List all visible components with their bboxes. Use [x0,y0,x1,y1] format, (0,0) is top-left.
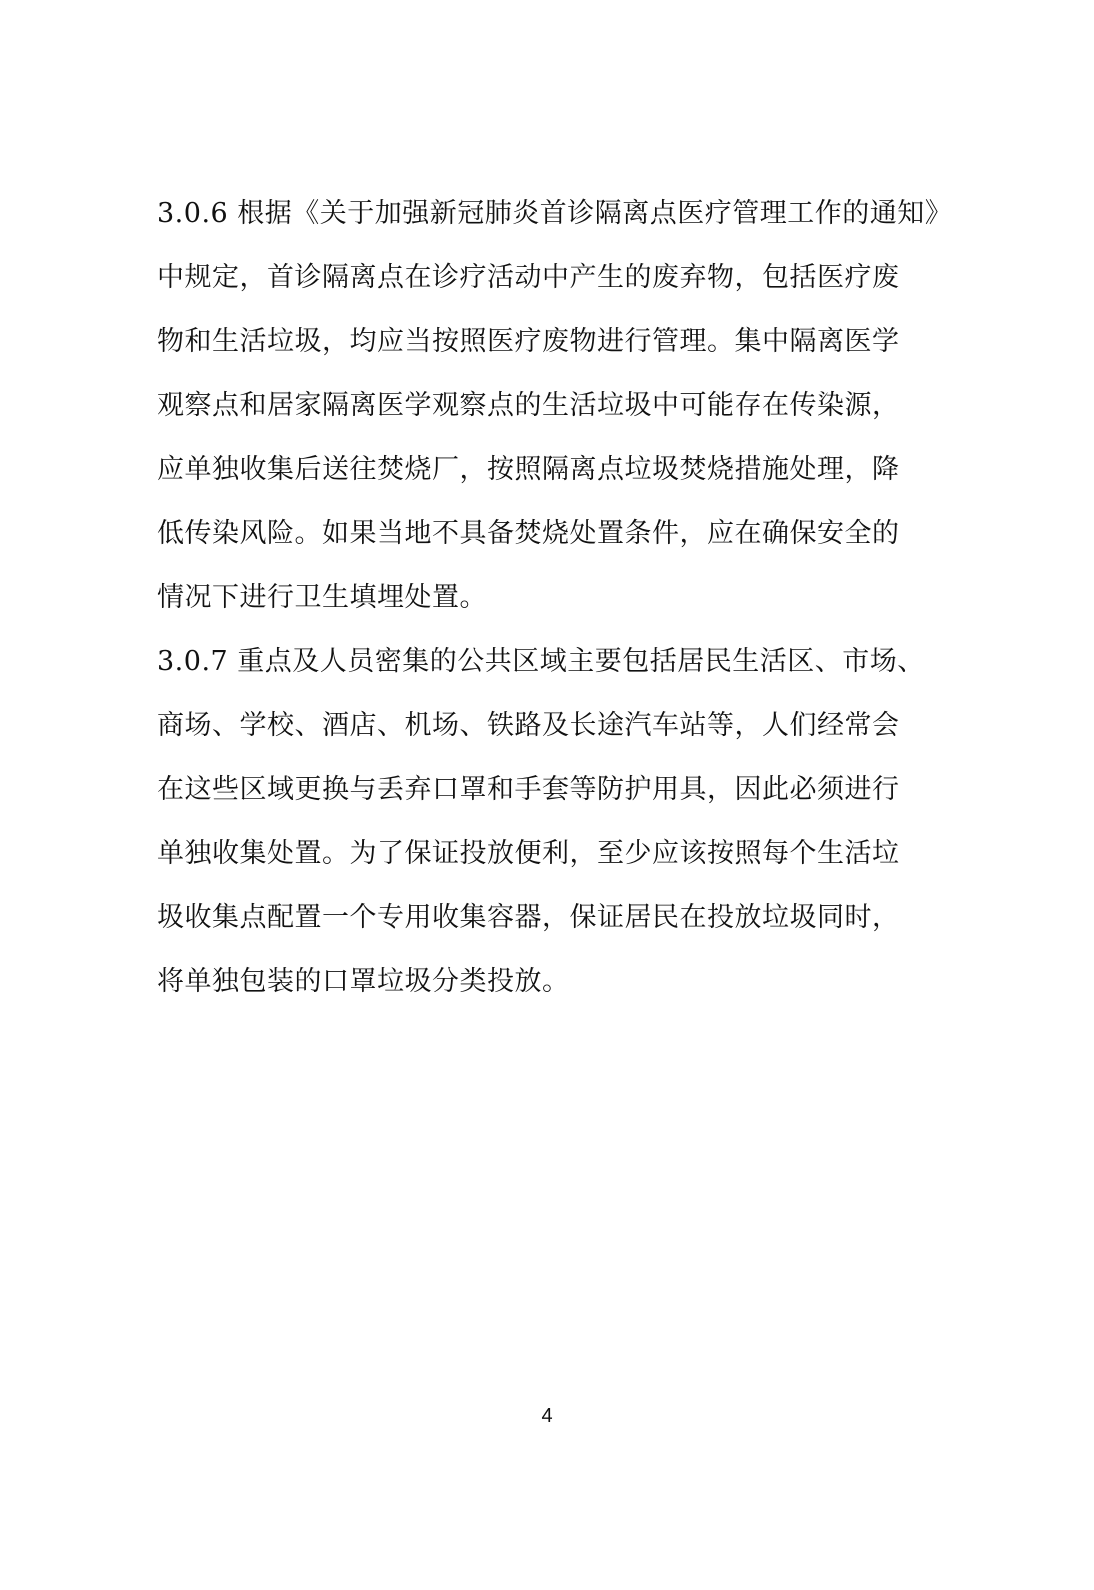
paragraph-line: 中规定，首诊隔离点在诊疗活动中产生的废弃物，包括医疗废 [157,260,957,296]
paragraph-line: 圾收集点配置一个专用收集容器，保证居民在投放垃圾同时， [157,900,957,936]
paragraph-line: 单独收集处置。为了保证投放便利，至少应该按照每个生活垃 [157,836,957,872]
paragraph-line: 观察点和居家隔离医学观察点的生活垃圾中可能存在传染源， [157,388,957,424]
paragraph-line: 将单独包装的口罩垃圾分类投放。 [157,964,957,1000]
paragraph-line: 商场、学校、酒店、机场、铁路及长途汽车站等，人们经常会 [157,708,957,744]
paragraph-line: 3.0.7 重点及人员密集的公共区域主要包括居民生活区、市场、 [157,644,957,680]
paragraph-line: 物和生活垃圾，均应当按照医疗废物进行管理。集中隔离医学 [157,324,957,360]
paragraph-line: 低传染风险。如果当地不具备焚烧处置条件，应在确保安全的 [157,516,957,552]
page-number: 4 [0,1405,1094,1428]
paragraph-line: 应单独收集后送往焚烧厂，按照隔离点垃圾焚烧措施处理，降 [157,452,957,488]
paragraph-line: 3.0.6 根据《关于加强新冠肺炎首诊隔离点医疗管理工作的通知》 [157,196,957,232]
paragraph-line: 情况下进行卫生填埋处置。 [157,580,957,616]
document-page: 3.0.6 根据《关于加强新冠肺炎首诊隔离点医疗管理工作的通知》 中规定，首诊隔… [0,0,1094,1590]
paragraph-line: 在这些区域更换与丢弃口罩和手套等防护用具，因此必须进行 [157,772,957,808]
